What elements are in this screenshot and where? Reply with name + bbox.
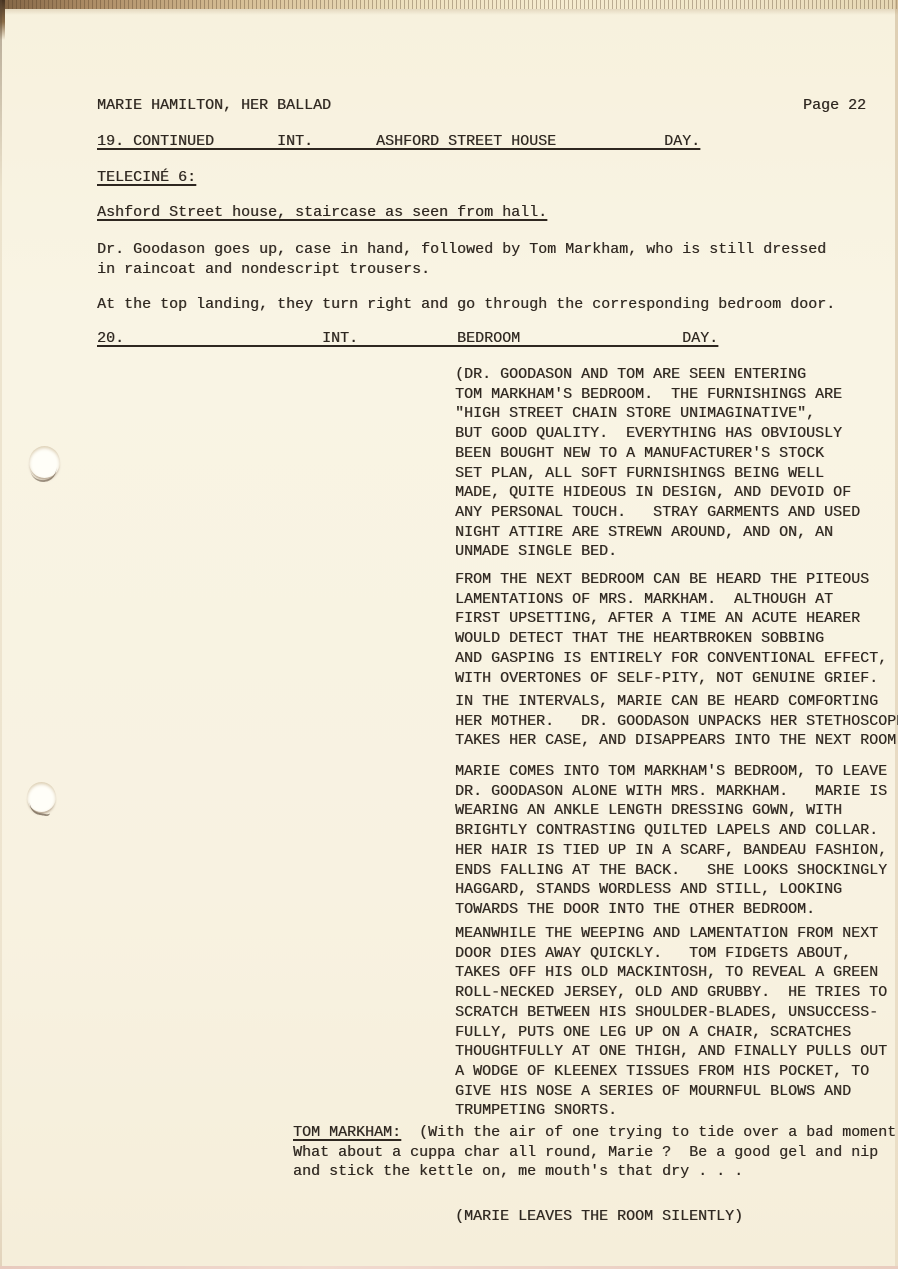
- scene-heading-20: 20. INT. BEDROOM DAY.: [97, 329, 718, 349]
- hole-punch-top-shadow: [30, 464, 58, 483]
- stage-direction-block-2: FROM THE NEXT BEDROOM CAN BE HEARD THE P…: [455, 570, 887, 688]
- telecine-heading: TELECINÉ 6:: [97, 168, 196, 188]
- stage-direction-block-5: MEANWHILE THE WEEPING AND LAMENTATION FR…: [455, 924, 887, 1121]
- action-paragraph-1: Dr. Goodason goes up, case in hand, foll…: [97, 240, 826, 279]
- dialogue-speaker: TOM MARKHAM:: [293, 1124, 401, 1141]
- script-page: MARIE HAMILTON, HER BALLAD Page 22 19. C…: [0, 0, 898, 1269]
- stage-direction-block-3: IN THE INTERVALS, MARIE CAN BE HEARD COM…: [455, 692, 898, 751]
- exit-direction: (MARIE LEAVES THE ROOM SILENTLY): [455, 1207, 743, 1227]
- action-paragraph-2: At the top landing, they turn right and …: [97, 295, 835, 315]
- page-number: Page 22: [803, 96, 866, 116]
- scan-top-edge: [0, 0, 898, 9]
- scene-slug: Ashford Street house, staircase as seen …: [97, 203, 547, 223]
- document-title: MARIE HAMILTON, HER BALLAD: [97, 96, 331, 116]
- scene-heading-19: 19. CONTINUED INT. ASHFORD STREET HOUSE …: [97, 132, 700, 152]
- scan-left-edge: [0, 0, 2, 1269]
- dialogue-tom-markham: TOM MARKHAM: (With the air of one trying…: [293, 1123, 898, 1182]
- stage-direction-block-4: MARIE COMES INTO TOM MARKHAM'S BEDROOM, …: [455, 762, 887, 920]
- scan-top-edge-fade: [0, 9, 898, 15]
- stage-direction-block-1: (DR. GOODASON AND TOM ARE SEEN ENTERING …: [455, 365, 860, 562]
- hole-punch-bottom-shadow: [28, 798, 52, 817]
